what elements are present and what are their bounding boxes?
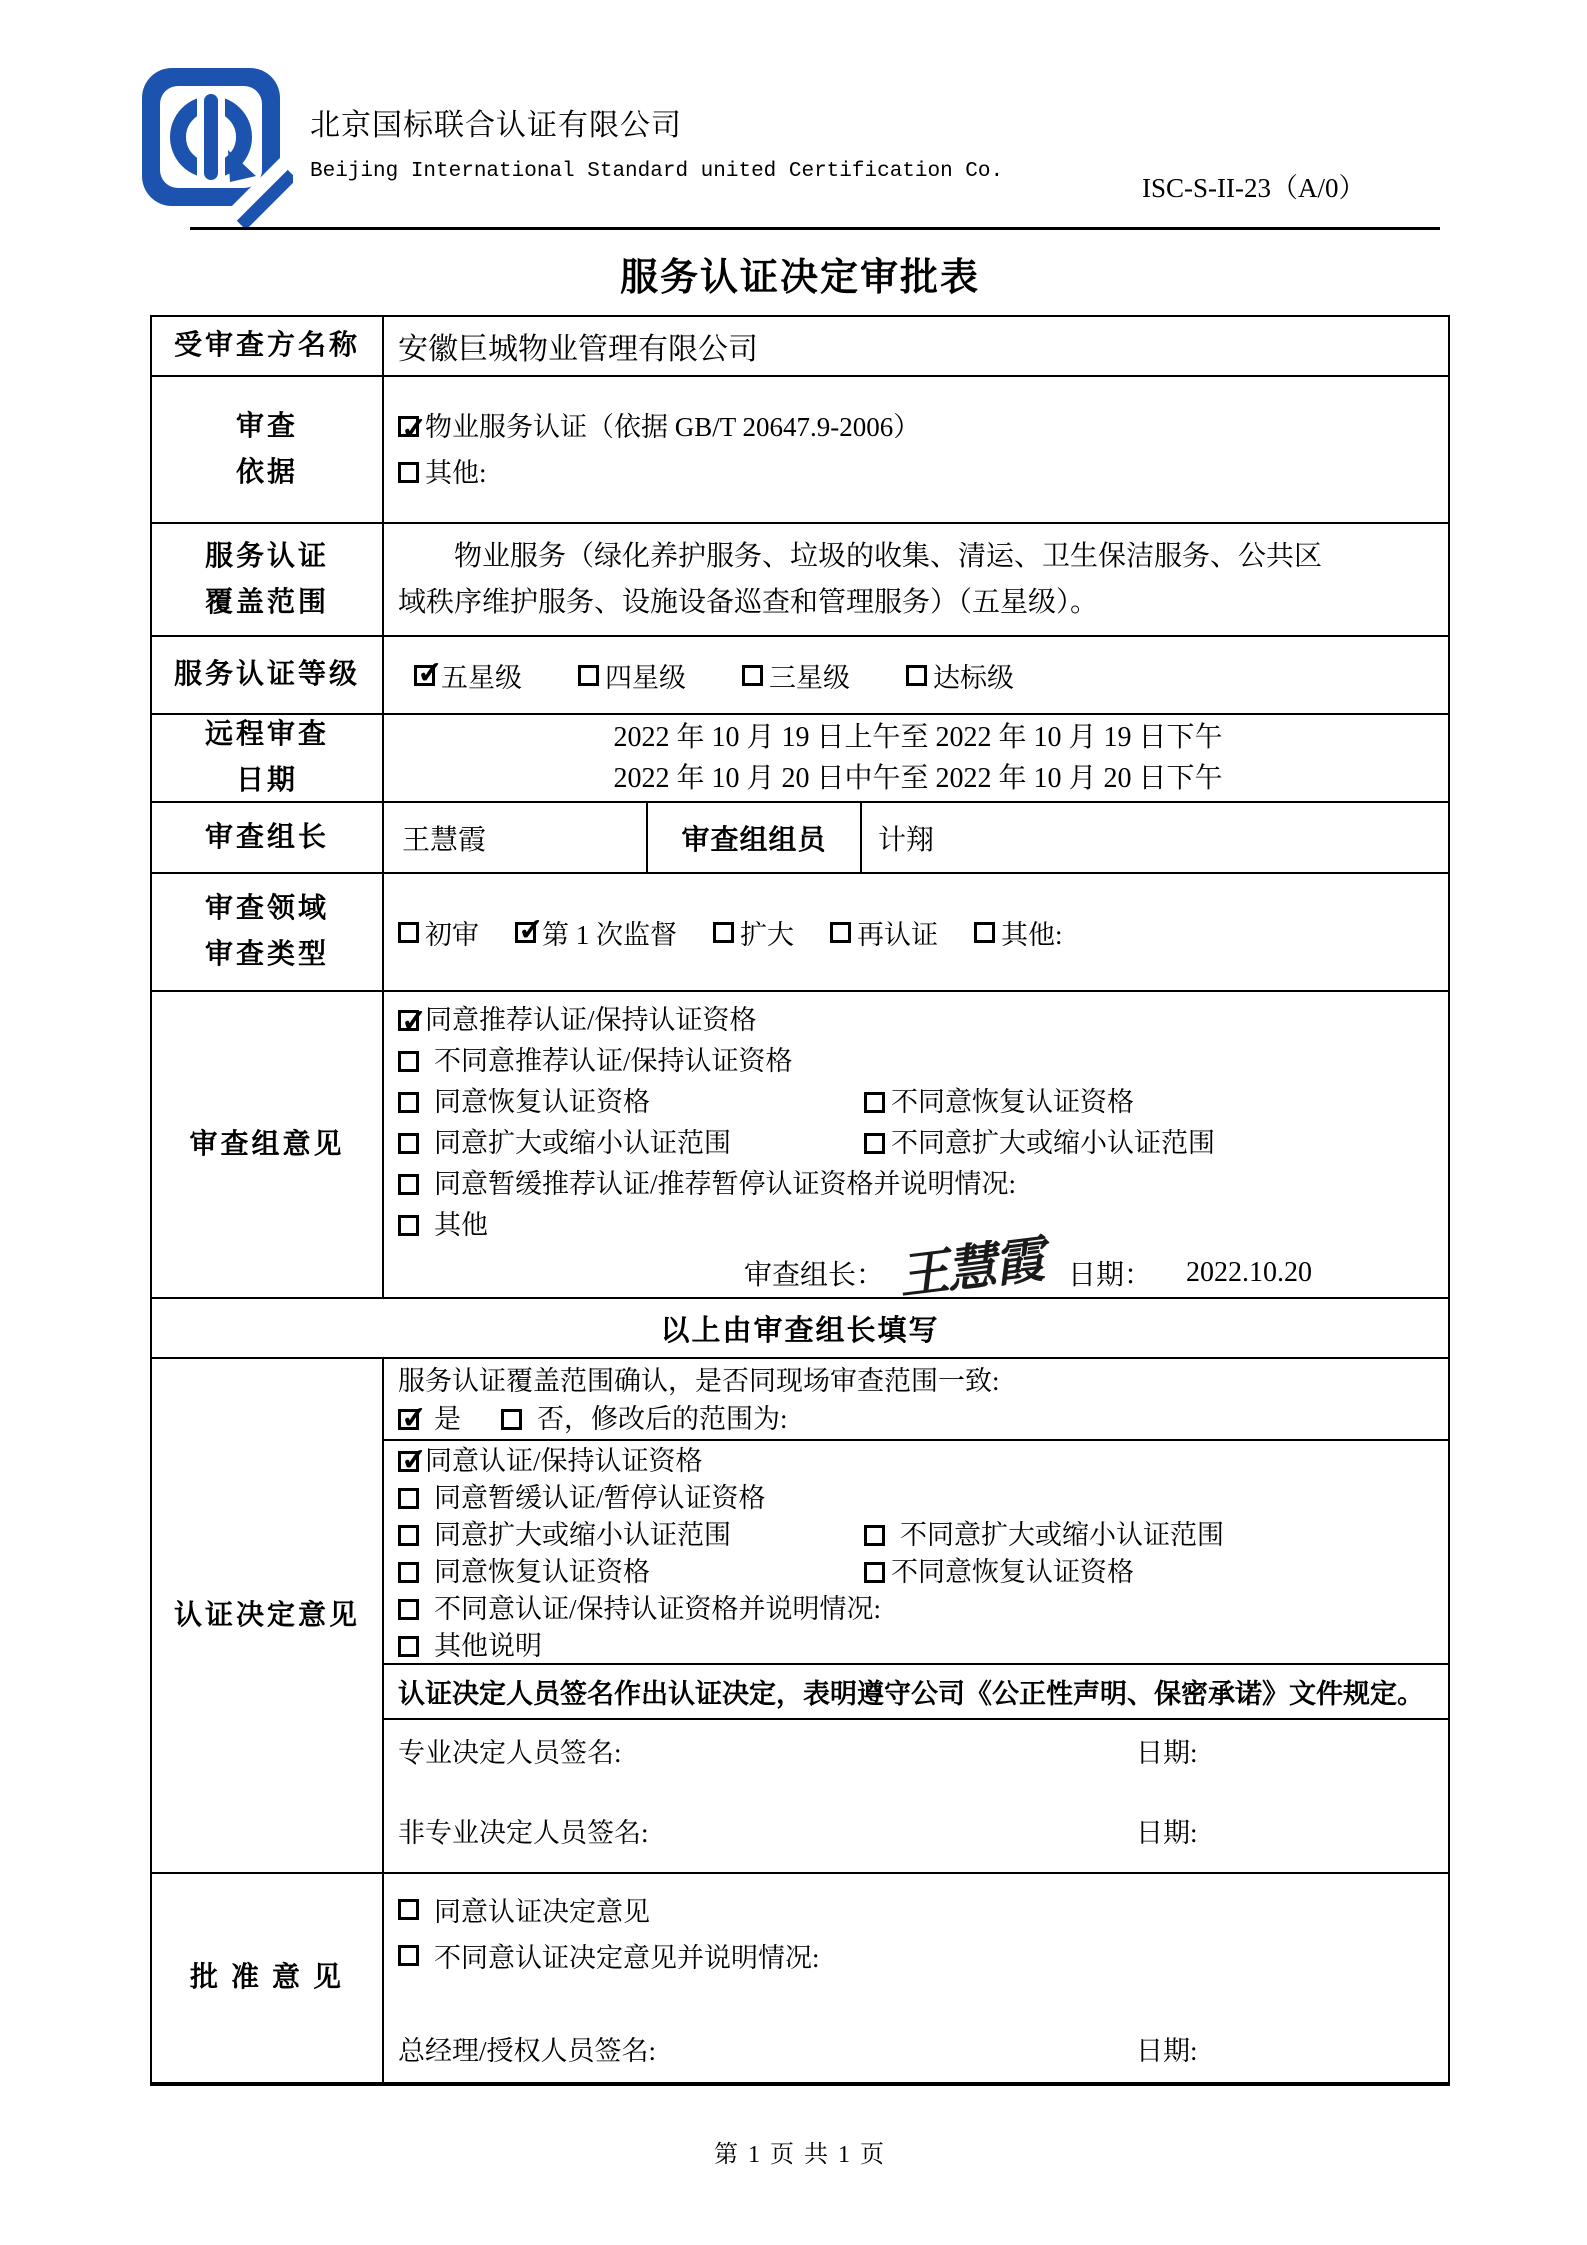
- row-approval: 批 准 意 见 同意认证决定意见 不同意认证决定意见并说明情况: 总经: [152, 1872, 1448, 2082]
- checkbox-opinion-restore[interactable]: 同意恢复认证资格: [398, 1082, 864, 1123]
- checkbox-decision-grant[interactable]: 同意认证/保持认证资格: [398, 1443, 703, 1480]
- option-label: 再认证: [857, 913, 938, 952]
- checkbox-opinion-not-restore[interactable]: 不同意恢复认证资格: [864, 1082, 1134, 1123]
- option-label: 不同意扩大或缩小认证范围: [891, 1123, 1215, 1164]
- option-label: 同意扩大或缩小认证范围: [434, 1123, 731, 1164]
- checkbox-grade-four-star[interactable]: 四星级: [578, 656, 686, 695]
- checkbox-decision-suspend[interactable]: 同意暂缓认证/暂停认证资格: [398, 1480, 766, 1517]
- checkbox-icon[interactable]: [906, 665, 927, 686]
- checkbox-icon[interactable]: [398, 1945, 419, 1966]
- checkbox-icon[interactable]: [398, 1092, 419, 1113]
- checkbox-icon[interactable]: [578, 665, 599, 686]
- nonprofessional-signer-label: 非专业决定人员签名:: [398, 1811, 1136, 1850]
- option-label: 四星级: [605, 656, 686, 695]
- option-label: 其他:: [1001, 913, 1063, 952]
- option-label: 不同意认证决定意见并说明情况:: [434, 1936, 820, 1975]
- certification-decision-label: 认证决定意见: [152, 1359, 384, 1872]
- company-name-block: 北京国标联合认证有限公司 Beijing International Stand…: [310, 100, 1003, 183]
- option-label: 五星级: [441, 656, 522, 695]
- checkbox-icon[interactable]: [398, 1562, 419, 1583]
- row-team-opinion: 审查组意见 同意推荐认证/保持认证资格 不同意推荐认证/保持认证资格: [152, 990, 1448, 1297]
- checkbox-icon[interactable]: [974, 922, 995, 943]
- decision-scope-confirm: 服务认证覆盖范围确认，是否同现场审查范围一致: 是 否，修改后的范围为:: [384, 1359, 1448, 1439]
- checkbox-type-initial[interactable]: 初审: [398, 913, 479, 952]
- company-name-en: Beijing International Standard united Ce…: [310, 160, 1003, 183]
- option-label: 其他说明: [434, 1628, 542, 1665]
- checkbox-decision-expand-scope[interactable]: 同意扩大或缩小认证范围: [398, 1517, 864, 1554]
- note-text: 以上由审查组长填写: [152, 1299, 1448, 1357]
- checkbox-icon[interactable]: [398, 1636, 419, 1657]
- option-label: 不同意认证/保持认证资格并说明情况:: [434, 1591, 881, 1628]
- professional-signer-label: 专业决定人员签名:: [398, 1731, 1136, 1770]
- checkbox-opinion-not-recommend[interactable]: 不同意推荐认证/保持认证资格: [398, 1041, 793, 1082]
- row-audit-type: 审查领域 审查类型 初审 第 1 次监督 扩大: [152, 872, 1448, 990]
- company-name-cn: 北京国标联合认证有限公司: [310, 100, 1003, 144]
- row-certification-decision: 认证决定意见 服务认证覆盖范围确认，是否同现场审查范围一致: 是 否，修改后的范…: [152, 1357, 1448, 1872]
- checkbox-icon[interactable]: [501, 1409, 522, 1430]
- checkbox-icon[interactable]: [398, 1133, 419, 1154]
- option-label: 其他: [434, 1205, 488, 1246]
- checkbox-decision-deny[interactable]: 不同意认证/保持认证资格并说明情况:: [398, 1591, 881, 1628]
- checkbox-opinion-not-expand-scope[interactable]: 不同意扩大或缩小认证范围: [864, 1123, 1215, 1164]
- general-manager-signer-label: 总经理/授权人员签名:: [398, 2029, 1136, 2068]
- checkbox-basis-property-service[interactable]: 物业服务认证（依据 GB/T 20647.9-2006）: [398, 404, 920, 450]
- option-label: 同意认证/保持认证资格: [425, 1443, 703, 1480]
- checkbox-opinion-other[interactable]: 其他: [398, 1205, 488, 1246]
- checkbox-icon[interactable]: [398, 1599, 419, 1620]
- scope-text-line1: 物业服务（绿化养护服务、垃圾的收集、清运、卫生保洁服务、公共区: [398, 534, 1438, 580]
- document-code: ISC-S-II-23（A/0）: [1142, 166, 1366, 205]
- page-number-footer: 第 1 页 共 1 页: [150, 2134, 1450, 2169]
- checkbox-type-expand[interactable]: 扩大: [713, 913, 794, 952]
- checkbox-approval-disagree[interactable]: 不同意认证决定意见并说明情况:: [398, 1936, 820, 1975]
- checkbox-approval-agree[interactable]: 同意认证决定意见: [398, 1890, 650, 1929]
- audit-basis-label: 审查 依据: [152, 377, 384, 522]
- option-label: 不同意推荐认证/保持认证资格: [434, 1041, 793, 1082]
- header-divider: [190, 227, 1440, 230]
- option-label: 不同意扩大或缩小认证范围: [900, 1517, 1224, 1554]
- checkbox-icon[interactable]: [864, 1092, 885, 1113]
- auditee-value: 安徽巨城物业管理有限公司: [398, 324, 1438, 368]
- checkbox-icon[interactable]: [398, 1525, 419, 1546]
- checkbox-decision-restore[interactable]: 同意恢复认证资格: [398, 1554, 864, 1591]
- row-audit-team: 审查组长 王慧霞 审查组组员 计翔: [152, 801, 1448, 872]
- option-label: 同意恢复认证资格: [434, 1554, 650, 1591]
- certification-scope-label: 服务认证 覆盖范围: [152, 524, 384, 635]
- checkbox-icon[interactable]: [515, 922, 536, 943]
- row-note: 以上由审查组长填写: [152, 1297, 1448, 1357]
- checkbox-icon[interactable]: [398, 1215, 419, 1236]
- option-label: 是: [434, 1400, 461, 1438]
- checkbox-icon[interactable]: [398, 416, 419, 437]
- document-page: 北京国标联合认证有限公司 Beijing International Stand…: [0, 0, 1587, 2245]
- page-title: 服务认证决定审批表: [150, 246, 1450, 301]
- scope-text-line2: 域秩序维护服务、设施设备巡查和管理服务）（五星级）。: [398, 580, 1438, 626]
- option-label: 同意恢复认证资格: [434, 1082, 650, 1123]
- audit-type-label: 审查领域 审查类型: [152, 874, 384, 990]
- professional-sign-date-label: 日期:: [1136, 1731, 1198, 1770]
- checkbox-grade-three-star[interactable]: 三星级: [742, 656, 850, 695]
- checkbox-confirm-no[interactable]: 否，修改后的范围为:: [501, 1400, 788, 1438]
- certification-grade-label: 服务认证等级: [152, 637, 384, 713]
- checkbox-icon[interactable]: [414, 665, 435, 686]
- team-leader-label: 审查组长: [152, 803, 384, 872]
- checkbox-opinion-suspend[interactable]: 同意暂缓推荐认证/推荐暂停认证资格并说明情况:: [398, 1164, 1016, 1205]
- checkbox-confirm-yes[interactable]: 是: [398, 1400, 461, 1438]
- checkbox-icon[interactable]: [713, 922, 734, 943]
- company-logo-icon: [138, 64, 293, 229]
- option-label: 同意暂缓认证/暂停认证资格: [434, 1480, 766, 1517]
- row-remote-audit-dates: 远程审查 日期 2022 年 10 月 19 日上午至 2022 年 10 月 …: [152, 713, 1448, 801]
- checkbox-icon[interactable]: [398, 1488, 419, 1509]
- remote-audit-dates-label: 远程审查 日期: [152, 715, 384, 801]
- option-label: 三星级: [769, 656, 850, 695]
- scope-confirm-question: 服务认证覆盖范围确认，是否同现场审查范围一致:: [398, 1362, 1438, 1400]
- checkbox-icon[interactable]: [398, 922, 419, 943]
- leader-sign-date-label: 日期：: [1068, 1253, 1152, 1293]
- approval-label: 批 准 意 见: [152, 1874, 384, 2082]
- auditee-label: 受审查方名称: [152, 317, 384, 375]
- option-label: 初审: [425, 913, 479, 952]
- checkbox-icon[interactable]: [864, 1525, 885, 1546]
- option-label: 否，修改后的范围为:: [537, 1400, 788, 1438]
- row-certification-grade: 服务认证等级 五星级 四星级 三星级: [152, 635, 1448, 713]
- option-label: 其他:: [425, 450, 487, 496]
- row-certification-scope: 服务认证 覆盖范围 物业服务（绿化养护服务、垃圾的收集、清运、卫生保洁服务、公共…: [152, 522, 1448, 635]
- checkbox-basis-other[interactable]: 其他:: [398, 450, 487, 496]
- audit-date-line2: 2022 年 10 月 20 日中午至 2022 年 10 月 20 日下午: [398, 758, 1438, 799]
- checkbox-icon[interactable]: [398, 1899, 419, 1920]
- team-opinion-label: 审查组意见: [152, 992, 384, 1297]
- decision-options: 同意认证/保持认证资格 同意暂缓认证/暂停认证资格 同意扩大或缩小认证范围: [384, 1439, 1448, 1663]
- option-label: 物业服务认证（依据 GB/T 20647.9-2006）: [425, 404, 920, 450]
- approval-form-table: 受审查方名称 安徽巨城物业管理有限公司 审查 依据 物业服务认证（依据 GB/T…: [150, 315, 1450, 2086]
- checkbox-decision-not-restore[interactable]: 不同意恢复认证资格: [864, 1554, 1134, 1591]
- checkbox-icon[interactable]: [398, 1051, 419, 1072]
- option-label: 第 1 次监督: [542, 913, 677, 952]
- checkbox-opinion-expand-scope[interactable]: 同意扩大或缩小认证范围: [398, 1123, 864, 1164]
- option-label: 同意暂缓推荐认证/推荐暂停认证资格并说明情况:: [434, 1164, 1016, 1205]
- option-label: 同意认证决定意见: [434, 1890, 650, 1929]
- option-label: 同意推荐认证/保持认证资格: [425, 1000, 757, 1041]
- nonprofessional-sign-date-label: 日期:: [1136, 1811, 1198, 1850]
- checkbox-grade-standard[interactable]: 达标级: [906, 656, 1014, 695]
- row-audit-basis: 审查 依据 物业服务认证（依据 GB/T 20647.9-2006） 其他:: [152, 375, 1448, 522]
- leader-sign-date-value: 2022.10.20: [1186, 1257, 1312, 1289]
- checkbox-icon[interactable]: [742, 665, 763, 686]
- row-auditee: 受审查方名称 安徽巨城物业管理有限公司: [152, 317, 1448, 375]
- checkbox-icon[interactable]: [864, 1562, 885, 1583]
- checkbox-type-other[interactable]: 其他:: [974, 913, 1063, 952]
- checkbox-icon[interactable]: [398, 1010, 419, 1031]
- general-manager-sign-date-label: 日期:: [1136, 2029, 1198, 2068]
- option-label: 不同意恢复认证资格: [891, 1554, 1134, 1591]
- leader-sign-label: 审查组长：: [744, 1253, 884, 1293]
- checkbox-icon[interactable]: [830, 922, 851, 943]
- team-member-name: 计翔: [862, 803, 1448, 872]
- option-label: 达标级: [933, 656, 1014, 695]
- checkbox-icon[interactable]: [398, 1451, 419, 1472]
- option-label: 不同意恢复认证资格: [891, 1082, 1134, 1123]
- checkbox-grade-five-star[interactable]: 五星级: [414, 656, 522, 695]
- decision-statement: 认证决定人员签名作出认证决定，表明遵守公司《公正性声明、保密承诺》文件规定。: [384, 1663, 1448, 1718]
- checkbox-decision-other[interactable]: 其他说明: [398, 1628, 542, 1665]
- team-member-label: 审查组组员: [648, 803, 862, 872]
- team-leader-name: 王慧霞: [384, 803, 648, 872]
- checkbox-icon[interactable]: [398, 1409, 419, 1430]
- checkbox-icon[interactable]: [398, 1174, 419, 1195]
- option-label: 同意扩大或缩小认证范围: [434, 1517, 731, 1554]
- option-label: 扩大: [740, 913, 794, 952]
- decision-signatures: 专业决定人员签名: 日期: 非专业决定人员签名: 日期:: [384, 1718, 1448, 1872]
- checkbox-icon[interactable]: [398, 462, 419, 483]
- audit-date-line1: 2022 年 10 月 19 日上午至 2022 年 10 月 19 日下午: [398, 717, 1438, 758]
- checkbox-type-first-surveillance[interactable]: 第 1 次监督: [515, 913, 677, 952]
- checkbox-type-recert[interactable]: 再认证: [830, 913, 938, 952]
- checkbox-opinion-recommend[interactable]: 同意推荐认证/保持认证资格: [398, 1000, 757, 1041]
- checkbox-decision-not-expand-scope[interactable]: 不同意扩大或缩小认证范围: [864, 1517, 1224, 1554]
- checkbox-icon[interactable]: [864, 1133, 885, 1154]
